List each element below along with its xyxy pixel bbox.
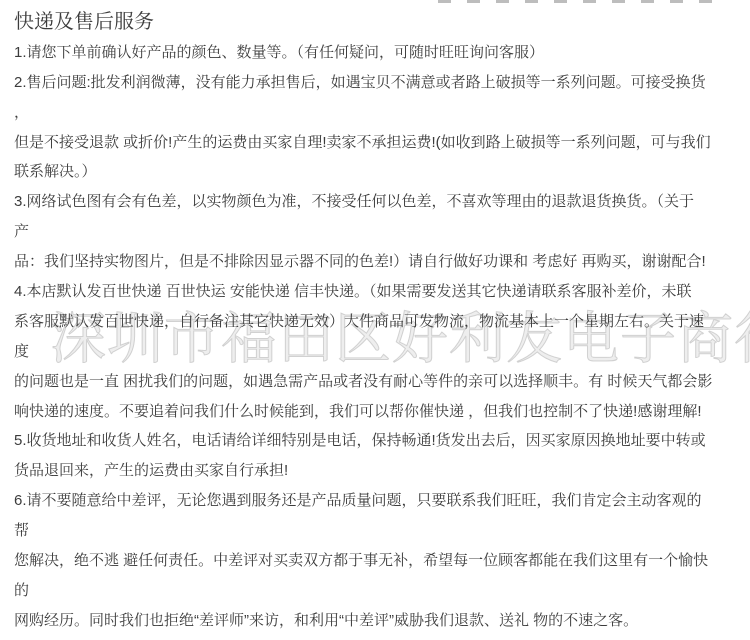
service-notice-document: 快递及售后服务 1.请您下单前确认好产品的颜色、数量等。（有任何疑问，可随时旺旺… xyxy=(0,0,750,640)
paragraph-line: 的问题也是一直 困扰我们的问题，如遇急需产品或者没有耐心等件的亲可以选择顺丰。有… xyxy=(14,367,742,397)
paragraph-line: ， xyxy=(14,98,742,128)
paragraph-line: 2.售后问题:批发利润微薄，没有能力承担售后，如遇宝贝不满意或者路上破损等一系列… xyxy=(14,68,742,98)
paragraph-line: 货品退回来，产生的运费由买家自行承担! xyxy=(14,456,742,486)
paragraph-line: 但是不接受退款 或折价!产生的运费由买家自理!卖家不承担运费!(如收到路上破损等… xyxy=(14,128,742,158)
paragraph-line: 帮 xyxy=(14,516,742,546)
paragraph-line: 6.请不要随意给中差评，无论您遇到服务还是产品质量问题，只要联系我们旺旺，我们肯… xyxy=(14,486,742,516)
paragraph-line: 您解决，绝不逃 避任何责任。中差评对买卖双方都于事无补，希望每一位顾客都能在我们… xyxy=(14,546,742,576)
paragraph-line: 3.网络试色图有会有色差，以实物颜色为准，不接受任何以色差，不喜欢等理由的退款退… xyxy=(14,187,742,217)
paragraph-line: 品：我们坚持实物图片，但是不排除因显示器不同的色差!）请自行做好功课和 考虑好 … xyxy=(14,247,742,277)
paragraph-line: 联系解决。） xyxy=(14,157,742,187)
paragraph-line: 度 xyxy=(14,337,742,367)
paragraph-line: 5.收货地址和收货人姓名，电话请给详细特别是电话，保持畅通!货发出去后，因买家原… xyxy=(14,426,742,456)
paragraph-line: 4.本店默认发百世快递 百世快运 安能快递 信丰快递。（如果需要发送其它快递请联… xyxy=(14,277,742,307)
paragraph-line: 网购经历。同时我们也拒绝“差评师”来访，和利用“中差评”威胁我们退款、送礼 物的… xyxy=(14,606,742,636)
paragraph-line: 响快递的速度。不要追着问我们什么时候能到，我们可以帮你催快递 ，但我们也控制不了… xyxy=(14,397,742,427)
cropped-text-remnant xyxy=(438,0,712,3)
paragraph-line: 系客服默认发百世快递，自行备注其它快递无效）大件商品可发物流，物流基本上一个星期… xyxy=(14,307,742,337)
paragraph-line: 产 xyxy=(14,217,742,247)
paragraph-line: 1.请您下单前确认好产品的颜色、数量等。（有任何疑问，可随时旺旺询问客服） xyxy=(14,38,742,68)
page-title: 快递及售后服务 xyxy=(14,8,742,38)
paragraph-line: 的 xyxy=(14,576,742,606)
